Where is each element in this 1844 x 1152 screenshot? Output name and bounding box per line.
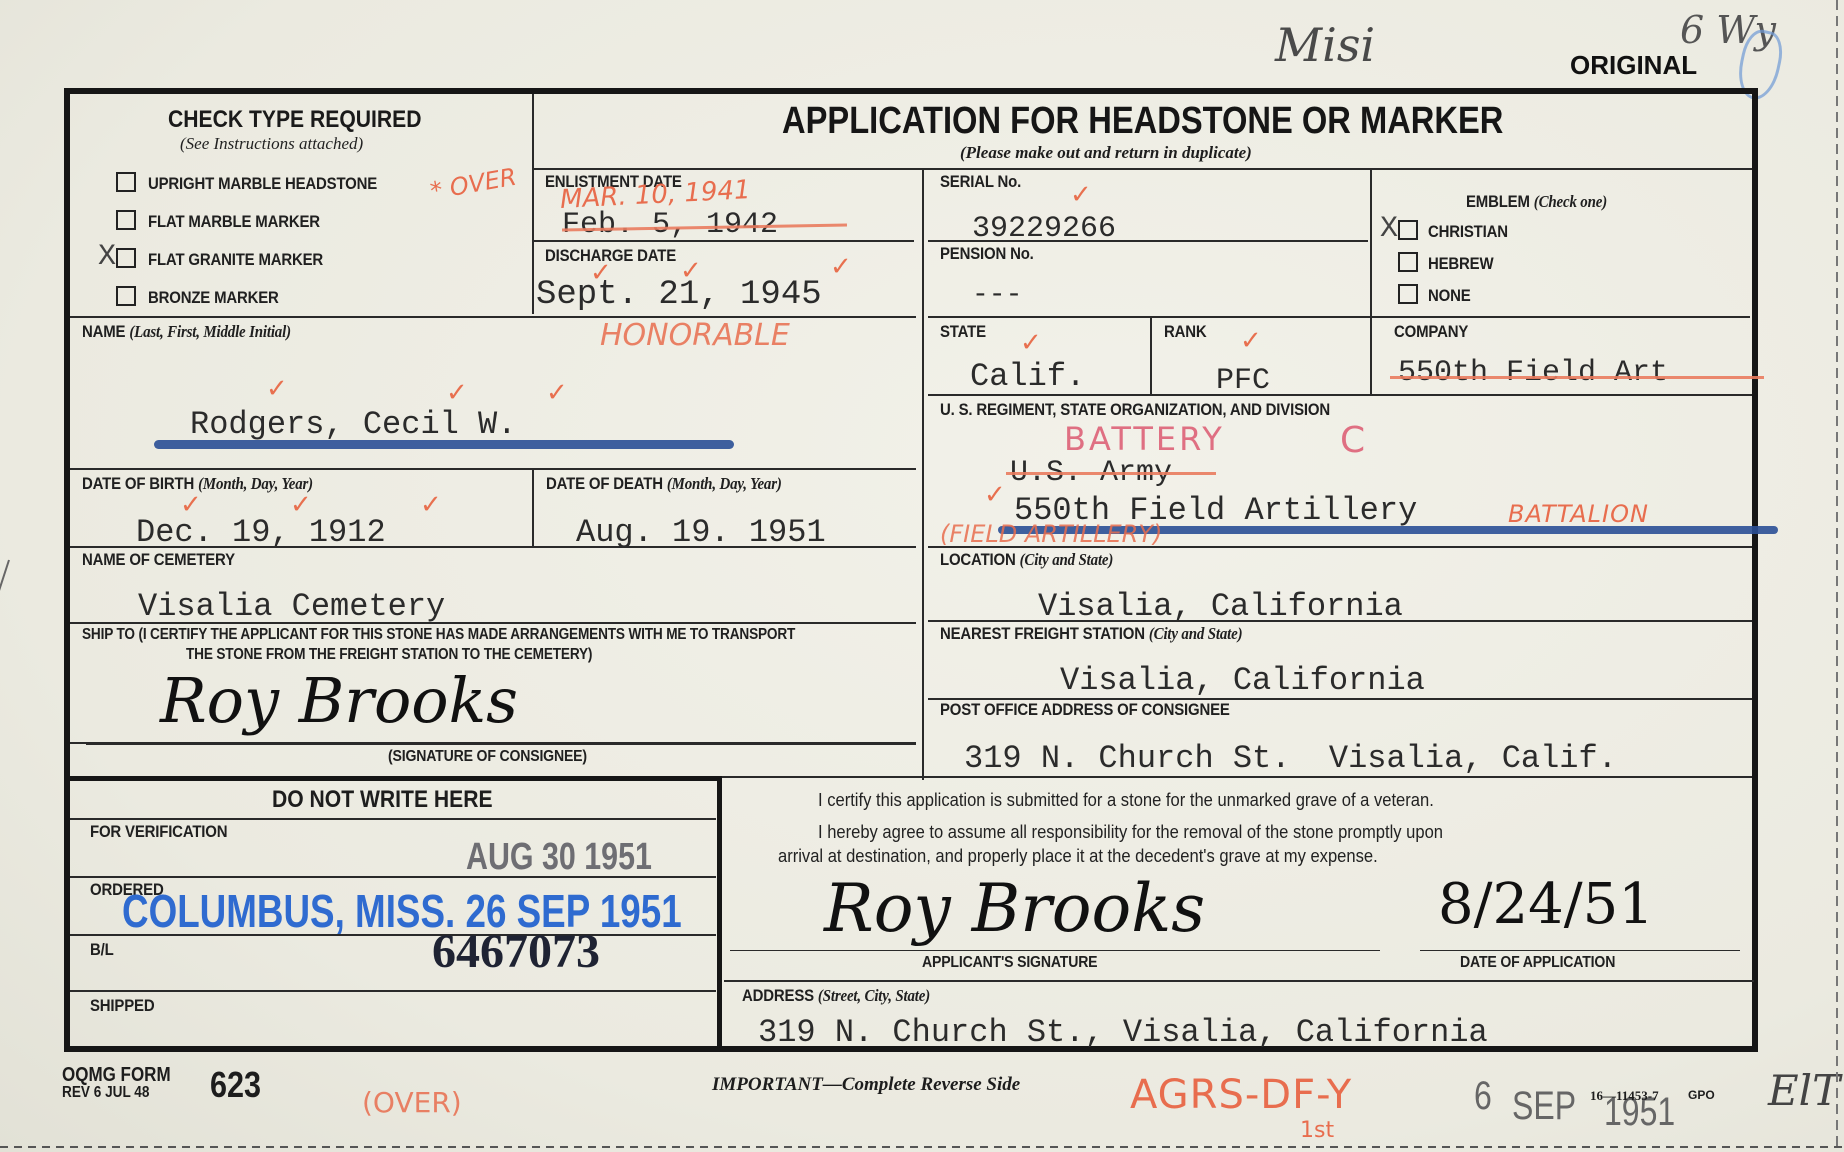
divider bbox=[532, 94, 534, 314]
divider bbox=[922, 170, 924, 780]
upright-marble-checkbox[interactable] bbox=[116, 172, 136, 192]
check-icon: ✓ bbox=[1070, 180, 1092, 210]
serial-label: SERIAL No. bbox=[940, 172, 1021, 192]
check-type-heading: CHECK TYPE REQUIRED bbox=[168, 106, 421, 134]
signature-line bbox=[730, 950, 1380, 951]
flat-marble-checkbox[interactable] bbox=[116, 210, 136, 230]
none-checkbox[interactable] bbox=[1398, 284, 1418, 304]
check-icon: ✓ bbox=[266, 374, 288, 404]
freight-label-text: NEAREST FREIGHT STATION bbox=[940, 624, 1145, 643]
ship-to-label-line1: SHIP TO (I CERTIFY THE APPLICANT FOR THI… bbox=[82, 626, 795, 644]
field-artillery-annotation: (FIELD ARTILLERY) bbox=[940, 520, 1162, 548]
copy-label: ORIGINAL bbox=[1570, 50, 1697, 81]
strikethrough bbox=[1006, 472, 1216, 475]
rule bbox=[70, 876, 716, 878]
check-icon: ✓ bbox=[680, 256, 702, 286]
divider bbox=[1370, 170, 1372, 396]
rule bbox=[70, 990, 716, 992]
form-number: 623 bbox=[210, 1064, 261, 1106]
name-value[interactable]: Rodgers, Cecil W. bbox=[190, 406, 516, 443]
check-icon: ✓ bbox=[546, 378, 568, 408]
verification-label: FOR VERIFICATION bbox=[90, 822, 227, 842]
shipped-label: SHIPPED bbox=[90, 996, 154, 1016]
application-date: 8/24/51 bbox=[1438, 872, 1654, 937]
address-value[interactable]: 319 N. Church St., Visalia, California bbox=[758, 1014, 1488, 1051]
signature-line bbox=[86, 744, 916, 745]
x-mark-icon: X bbox=[98, 240, 116, 274]
applicant-signature: Roy Brooks bbox=[824, 870, 1205, 947]
pencil-mark bbox=[0, 560, 10, 789]
gpo-mark: GPO bbox=[1688, 1088, 1715, 1102]
cemetery-value[interactable]: Visalia Cemetery bbox=[138, 588, 445, 625]
headstone-application-form: Misi 6 Wy ORIGINAL CHECK TYPE REQUIRED (… bbox=[0, 0, 1844, 1152]
rule bbox=[724, 980, 1754, 982]
battalion-annotation: BATTALION bbox=[1508, 500, 1649, 528]
check-icon: ✓ bbox=[420, 490, 442, 520]
divider bbox=[532, 470, 534, 546]
applicant-signature-caption: APPLICANT'S SIGNATURE bbox=[922, 954, 1097, 972]
location-label-hint: (City and State) bbox=[1020, 550, 1114, 569]
battery-annotation: BATTERY bbox=[1064, 420, 1225, 458]
serial-value[interactable]: 39229266 bbox=[972, 212, 1116, 246]
form-subtitle: (Please make out and return in duplicate… bbox=[960, 143, 1252, 163]
check-icon: ✓ bbox=[1020, 328, 1042, 358]
location-label: LOCATION (City and State) bbox=[940, 550, 1113, 570]
check-icon: ✓ bbox=[446, 378, 468, 408]
rule bbox=[532, 168, 1752, 170]
ship-to-label-line2: THE STONE FROM THE FREIGHT STATION TO TH… bbox=[186, 646, 592, 664]
flat-granite-checkbox[interactable] bbox=[116, 248, 136, 268]
perforation-bottom bbox=[0, 1146, 1844, 1148]
certification-line1: I certify this application is submitted … bbox=[818, 790, 1434, 811]
address-label: ADDRESS (Street, City, State) bbox=[742, 986, 930, 1006]
name-label-text: NAME bbox=[82, 322, 125, 341]
flat-marble-label: FLAT MARBLE MARKER bbox=[148, 212, 320, 232]
rank-value[interactable]: PFC bbox=[1216, 364, 1270, 398]
company-label: COMPANY bbox=[1394, 322, 1468, 342]
honorable-annotation: HONORABLE bbox=[600, 318, 790, 353]
emblem-label-hint: (Check one) bbox=[1534, 192, 1607, 211]
important-note: IMPORTANT—Complete Reverse Side bbox=[712, 1074, 1020, 1096]
perforation-right bbox=[1836, 0, 1838, 1152]
rule bbox=[70, 818, 716, 820]
death-label: DATE OF DEATH (Month, Day, Year) bbox=[546, 474, 782, 494]
rank-label: RANK bbox=[1164, 322, 1207, 342]
rule bbox=[928, 316, 1750, 318]
discharge-date-value[interactable]: Sept. 21, 1945 bbox=[536, 276, 822, 314]
freight-value[interactable]: Visalia, California bbox=[1060, 662, 1425, 699]
office-use-heading: DO NOT WRITE HERE bbox=[272, 786, 493, 814]
bl-label: B/L bbox=[90, 940, 114, 960]
certification-line2: I hereby agree to assume all responsibil… bbox=[818, 822, 1443, 843]
form-rev: REV 6 JUL 48 bbox=[62, 1084, 171, 1102]
address-label-hint: (Street, City, State) bbox=[818, 986, 930, 1005]
blue-underline bbox=[154, 440, 734, 449]
upright-marble-label: UPRIGHT MARBLE HEADSTONE bbox=[148, 174, 377, 194]
company-value[interactable]: 550th Field Art bbox=[1398, 356, 1668, 390]
check-icon: ✓ bbox=[830, 252, 852, 282]
hebrew-label: HEBREW bbox=[1428, 254, 1493, 274]
pension-value[interactable]: --- bbox=[972, 280, 1022, 311]
over-note: (OVER) bbox=[362, 1086, 462, 1119]
signature-line bbox=[1420, 950, 1740, 951]
check-icon: ✓ bbox=[984, 480, 1006, 510]
birth-label-text: DATE OF BIRTH bbox=[82, 474, 194, 493]
strikethrough bbox=[1390, 376, 1764, 379]
rule bbox=[70, 468, 916, 470]
check-type-subheading: (See Instructions attached) bbox=[180, 134, 363, 154]
certification-line3: arrival at destination, and properly pla… bbox=[778, 846, 1378, 867]
name-label-hint: (Last, First, Middle Initial) bbox=[129, 322, 291, 341]
received-stamp-month: SEP bbox=[1512, 1084, 1576, 1129]
consignee-address-value[interactable]: 319 N. Church St. Visalia, Calif. bbox=[964, 740, 1617, 777]
state-value[interactable]: Calif. bbox=[970, 358, 1085, 395]
none-label: NONE bbox=[1428, 286, 1471, 306]
agrs-note: AGRS-DF-Y bbox=[1130, 1072, 1352, 1118]
footer-initials: ElT bbox=[1768, 1066, 1840, 1115]
location-value[interactable]: Visalia, California bbox=[1038, 588, 1403, 625]
received-stamp-day: 6 bbox=[1474, 1074, 1492, 1119]
form-id-top: OQMG FORM bbox=[62, 1066, 171, 1084]
hebrew-checkbox[interactable] bbox=[1398, 252, 1418, 272]
form-id: OQMG FORM REV 6 JUL 48 bbox=[62, 1066, 171, 1102]
christian-label: CHRISTIAN bbox=[1428, 222, 1508, 242]
location-label-text: LOCATION bbox=[940, 550, 1016, 569]
name-label: NAME (Last, First, Middle Initial) bbox=[82, 322, 291, 342]
consignee-signature: Roy Brooks bbox=[160, 664, 518, 737]
bl-stamp: 6467073 bbox=[432, 924, 600, 979]
pension-label: PENSION No. bbox=[940, 244, 1034, 264]
death-label-hint: (Month, Day, Year) bbox=[667, 474, 782, 493]
death-value[interactable]: Aug. 19. 1951 bbox=[576, 514, 826, 551]
verification-stamp: AUG 30 1951 bbox=[466, 836, 652, 879]
divider bbox=[1150, 318, 1152, 396]
christian-checkbox[interactable] bbox=[1398, 220, 1418, 240]
emblem-label: EMBLEM (Check one) bbox=[1466, 192, 1607, 212]
cemetery-label: NAME OF CEMETERY bbox=[82, 550, 235, 570]
regiment-label: U. S. REGIMENT, STATE ORGANIZATION, AND … bbox=[940, 400, 1330, 420]
x-mark-icon: X bbox=[1380, 212, 1398, 246]
state-label: STATE bbox=[940, 322, 986, 342]
check-icon: ✓ bbox=[1240, 326, 1262, 356]
consignee-address-label: POST OFFICE ADDRESS OF CONSIGNEE bbox=[940, 700, 1230, 720]
freight-label: NEAREST FREIGHT STATION (City and State) bbox=[940, 624, 1242, 644]
death-label-text: DATE OF DEATH bbox=[546, 474, 663, 493]
print-code: 16—11453-7 bbox=[1590, 1088, 1659, 1104]
consignee-signature-caption: (SIGNATURE OF CONSIGNEE) bbox=[388, 748, 587, 766]
form-title: APPLICATION FOR HEADSTONE OR MARKER bbox=[782, 100, 1503, 143]
freight-label-hint: (City and State) bbox=[1149, 624, 1243, 643]
agrs-sub-note: 1st bbox=[1300, 1118, 1334, 1143]
check-icon: ✓ bbox=[590, 258, 612, 288]
birth-value[interactable]: Dec. 19, 1912 bbox=[136, 514, 386, 551]
bronze-marker-label: BRONZE MARKER bbox=[148, 288, 279, 308]
rule bbox=[70, 934, 716, 936]
handwritten-note-top: Misi bbox=[1275, 18, 1375, 72]
battery-letter-annotation: C bbox=[1340, 420, 1365, 461]
application-date-caption: DATE OF APPLICATION bbox=[1460, 954, 1615, 972]
flat-granite-label: FLAT GRANITE MARKER bbox=[148, 250, 323, 270]
emblem-label-text: EMBLEM bbox=[1466, 192, 1530, 211]
bronze-marker-checkbox[interactable] bbox=[116, 286, 136, 306]
address-label-text: ADDRESS bbox=[742, 986, 814, 1005]
